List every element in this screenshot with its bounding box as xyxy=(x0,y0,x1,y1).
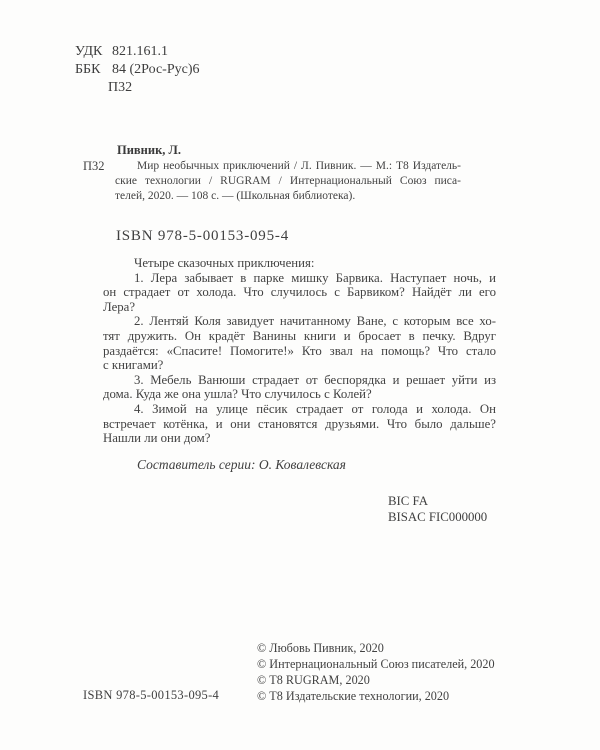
author-sign-card: П32 xyxy=(83,159,105,174)
author-sign-top: П32 xyxy=(75,79,200,97)
annotation-line: 4. Зимой на улице пёсик страдает от голо… xyxy=(103,402,496,417)
copyright-page: УДК821.161.1 ББК84 (2Рос-Рус)6 П32 Пивни… xyxy=(0,0,600,750)
isbn-bottom: ISBN 978-5-00153-095-4 xyxy=(83,688,219,703)
catalog-entry-line: Мир необычных приключений / Л. Пивник. —… xyxy=(115,159,461,174)
bbk-label: ББК xyxy=(75,61,112,79)
copyright-line: © Любовь Пивник, 2020 xyxy=(257,640,495,656)
annotation-line: дома. Куда же она ушла? Что случилось с … xyxy=(103,387,496,402)
subject-codes-block: BIC FA BISAC FIC000000 xyxy=(388,493,487,525)
bbk-line: ББК84 (2Рос-Рус)6 xyxy=(75,61,200,79)
annotation-line: 2. Лентяй Коля завидует начитанному Ване… xyxy=(103,314,496,329)
annotation-line: Нашли ли они дом? xyxy=(103,431,496,446)
author-heading: Пивник, Л. xyxy=(117,143,181,158)
catalog-entry-line: телей, 2020. — 108 с. — (Школьная библио… xyxy=(115,189,461,204)
annotation-line: Лера? xyxy=(103,300,496,315)
annotation-line: с книгами? xyxy=(103,358,496,373)
udc-label: УДК xyxy=(75,43,112,61)
udc-value: 821.161.1 xyxy=(112,44,168,59)
annotation-line: раздаётся: «Спасите! Помогите!» Кто звал… xyxy=(103,344,496,359)
annotation-line: он страдает от холода. Что случилось с Б… xyxy=(103,285,496,300)
udc-line: УДК821.161.1 xyxy=(75,43,200,61)
bic-code: BIC FA xyxy=(388,493,487,509)
annotation-line: встречает котёнка, и они становятся друз… xyxy=(103,417,496,432)
classification-block: УДК821.161.1 ББК84 (2Рос-Рус)6 П32 xyxy=(75,43,200,97)
copyright-line: © Т8 Издательские технологии, 2020 xyxy=(257,688,495,704)
bisac-code: BISAC FIC000000 xyxy=(388,509,487,525)
annotation-line: тят дружить. Он крадёт Ванины книги и бр… xyxy=(103,329,496,344)
series-editor-line: Составитель серии: О. Ковалевская xyxy=(137,457,346,473)
copyright-block: © Любовь Пивник, 2020 © Интернациональны… xyxy=(257,640,495,704)
catalog-entry-line: ские технологии / RUGRAM / Интернационал… xyxy=(115,174,461,189)
copyright-line: © Т8 RUGRAM, 2020 xyxy=(257,672,495,688)
annotation-block: Четыре сказочных приключения: 1. Лера за… xyxy=(103,256,496,446)
annotation-line: Четыре сказочных приключения: xyxy=(103,256,496,271)
isbn-main: ISBN 978-5-00153-095-4 xyxy=(116,228,289,245)
catalog-card-entry: Мир необычных приключений / Л. Пивник. —… xyxy=(115,159,461,204)
copyright-line: © Интернациональный Союз писателей, 2020 xyxy=(257,656,495,672)
bbk-value: 84 (2Рос-Рус)6 xyxy=(112,62,200,77)
annotation-line: 3. Мебель Ванюши страдает от беспорядка … xyxy=(103,373,496,388)
annotation-line: 1. Лера забывает в парке мишку Барвика. … xyxy=(103,271,496,286)
